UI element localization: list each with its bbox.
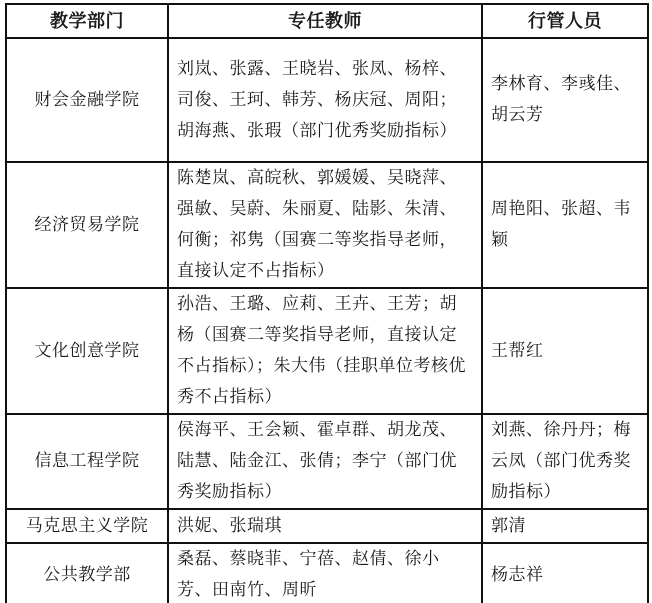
header-teachers: 专任教师 <box>168 4 482 38</box>
admin-staff-cell: 周艳阳、张超、韦颖 <box>482 162 648 288</box>
admin-staff-line: 胡云芳 <box>491 100 639 131</box>
department-cell: 经济贸易学院 <box>6 162 168 288</box>
header-row: 教学部门 专任教师 行管人员 <box>6 4 648 38</box>
department-cell: 马克思主义学院 <box>6 509 168 543</box>
staff-table: 教学部门 专任教师 行管人员 财会金融学院 刘岚、张露、王晓岩、张凤、杨梓、司俊… <box>5 3 649 603</box>
department-cell: 财会金融学院 <box>6 38 168 162</box>
table-row: 信息工程学院 侯海平、王会颖、霍卓群、胡龙茂、陆慧、陆金江、张倩；李宁（部门优秀… <box>6 414 648 509</box>
admin-staff-line: 周艳阳、张超、韦颖 <box>491 194 639 256</box>
admin-staff-line: 杨志祥 <box>491 560 639 591</box>
admin-staff-cell: 刘燕、徐丹丹；梅云凤（部门优秀奖励指标） <box>482 414 648 509</box>
teachers-cell: 侯海平、王会颖、霍卓群、胡龙茂、陆慧、陆金江、张倩；李宁（部门优秀奖励指标） <box>168 414 482 509</box>
header-department: 教学部门 <box>6 4 168 38</box>
department-cell: 公共教学部 <box>6 543 168 603</box>
teachers-cell: 刘岚、张露、王晓岩、张凤、杨梓、司俊、王珂、韩芳、杨庆冠、周阳；胡海燕、张瑕（部… <box>168 38 482 162</box>
admin-staff-cell: 王帮红 <box>482 288 648 414</box>
department-cell: 文化创意学院 <box>6 288 168 414</box>
admin-staff-line: 王帮红 <box>491 336 639 367</box>
table-row: 经济贸易学院 陈楚岚、高皖秋、郭媛媛、吴晓萍、强敏、吴蔚、朱丽夏、陆影、朱清、何… <box>6 162 648 288</box>
teachers-cell: 陈楚岚、高皖秋、郭媛媛、吴晓萍、强敏、吴蔚、朱丽夏、陆影、朱清、何衡；祁隽（国赛… <box>168 162 482 288</box>
table-row: 文化创意学院 孙浩、王璐、应莉、王卉、王芳；胡杨（国赛二等奖指导老师，直接认定不… <box>6 288 648 414</box>
admin-staff-cell: 郭清 <box>482 509 648 543</box>
teachers-cell: 孙浩、王璐、应莉、王卉、王芳；胡杨（国赛二等奖指导老师，直接认定不占指标）；朱大… <box>168 288 482 414</box>
admin-staff-cell: 李林育、李彧佳、 胡云芳 <box>482 38 648 162</box>
admin-staff-cell: 杨志祥 <box>482 543 648 603</box>
teachers-cell: 桑磊、蔡晓菲、宁蓓、赵倩、徐小芳、田南竹、周昕 <box>168 543 482 603</box>
admin-staff-line: 刘燕、徐丹丹；梅云凤（部门优秀奖励指标） <box>491 415 639 508</box>
table-row: 马克思主义学院 洪妮、张瑞琪 郭清 <box>6 509 648 543</box>
table-row: 财会金融学院 刘岚、张露、王晓岩、张凤、杨梓、司俊、王珂、韩芳、杨庆冠、周阳；胡… <box>6 38 648 162</box>
teachers-cell: 洪妮、张瑞琪 <box>168 509 482 543</box>
admin-staff-line: 李林育、李彧佳、 <box>491 69 639 100</box>
department-cell: 信息工程学院 <box>6 414 168 509</box>
header-admin-staff: 行管人员 <box>482 4 648 38</box>
table-row: 公共教学部 桑磊、蔡晓菲、宁蓓、赵倩、徐小芳、田南竹、周昕 杨志祥 <box>6 543 648 603</box>
admin-staff-line: 郭清 <box>491 511 639 542</box>
